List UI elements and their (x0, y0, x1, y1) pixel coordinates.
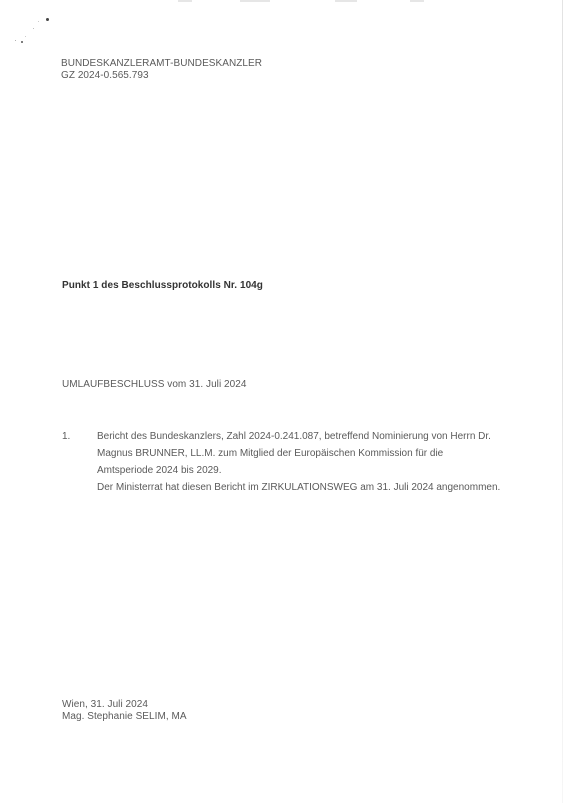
item-line: Magnus BRUNNER, LL.M. zum Mitglied der E… (97, 445, 500, 462)
scan-speck (38, 21, 39, 22)
document-page: BUNDESKANZLERAMT-BUNDESKANZLER GZ 2024-0… (0, 0, 567, 803)
scan-speck (33, 28, 34, 29)
resolution-title: UMLAUFBESCHLUSS vom 31. Juli 2024 (62, 379, 247, 391)
scan-mark (335, 0, 357, 2)
scan-speck (46, 18, 49, 21)
signatory-name: Mag. Stephanie SELIM, MA (62, 711, 187, 723)
item-number: 1. (62, 428, 70, 445)
signature-block: Wien, 31. Juli 2024 Mag. Stephanie SELIM… (62, 699, 187, 723)
item-body: Bericht des Bundeskanzlers, Zahl 2024-0.… (97, 428, 500, 496)
item-line: Der Ministerrat hat diesen Bericht im ZI… (97, 479, 500, 496)
scan-mark (178, 0, 192, 2)
scan-speck (25, 36, 26, 37)
item-line: Bericht des Bundeskanzlers, Zahl 2024-0.… (97, 428, 500, 445)
scan-speck (15, 40, 16, 41)
scan-edge-line (562, 0, 563, 803)
office-name: BUNDESKANZLERAMT-BUNDESKANZLER (61, 58, 262, 70)
reference-number: GZ 2024-0.565.793 (61, 70, 262, 82)
agenda-heading: Punkt 1 des Beschlussprotokolls Nr. 104g (62, 280, 263, 292)
scan-mark (410, 0, 424, 2)
item-line: Amtsperiode 2024 bis 2029. (97, 462, 500, 479)
place-date: Wien, 31. Juli 2024 (62, 699, 187, 711)
document-header: BUNDESKANZLERAMT-BUNDESKANZLER GZ 2024-0… (61, 58, 262, 82)
scan-mark (240, 0, 270, 2)
scan-speck (21, 41, 23, 43)
